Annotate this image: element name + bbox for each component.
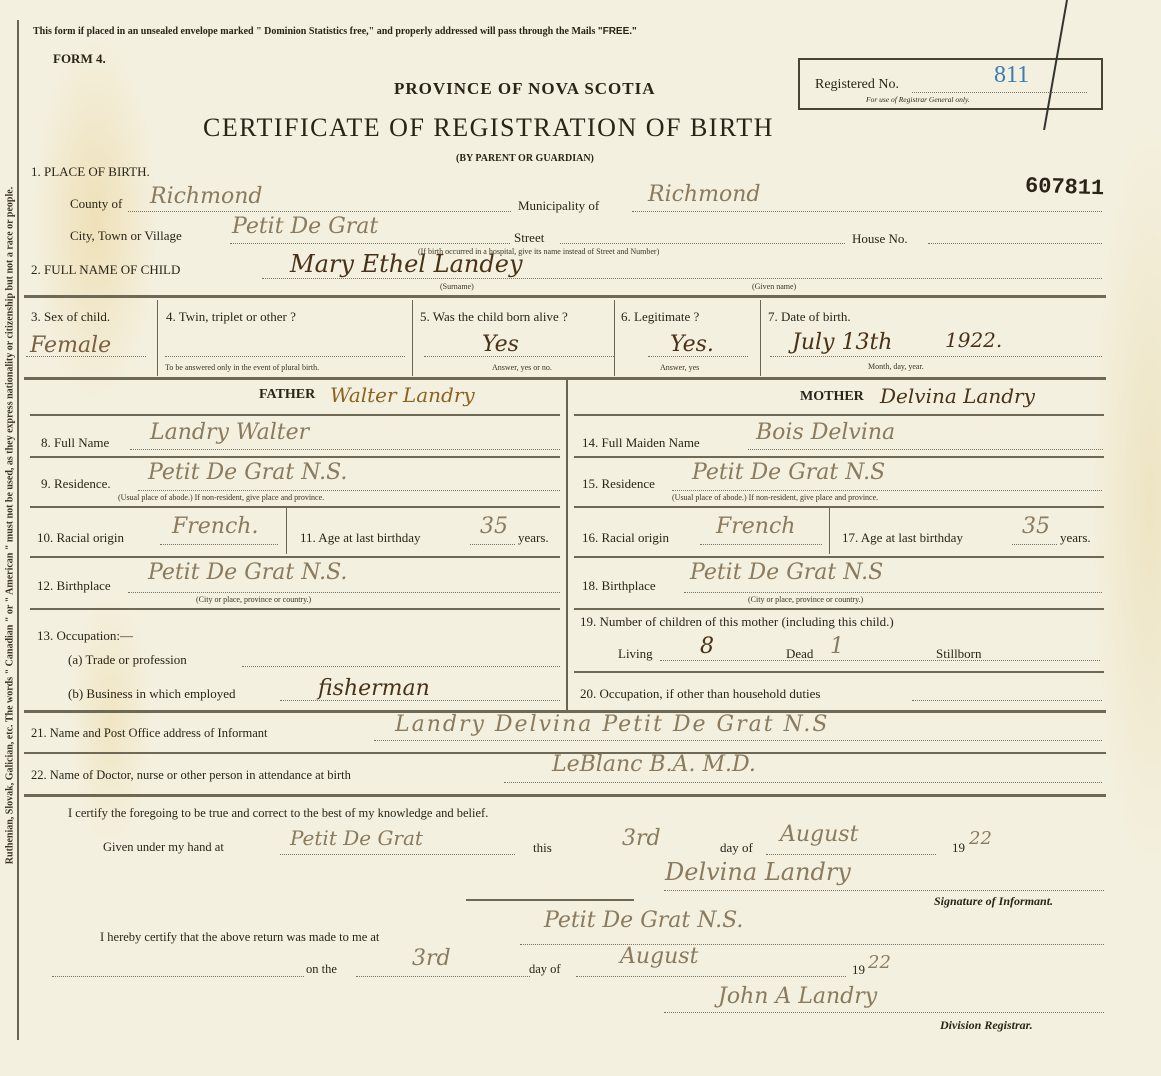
registered-label: Registered No. bbox=[815, 77, 899, 93]
mother-residence-label: 15. Residence bbox=[582, 476, 655, 492]
mailing-notice-text: This form if placed in an unsealed envel… bbox=[33, 26, 595, 37]
registrar-month-value[interactable]: August bbox=[620, 944, 698, 969]
father-heading-annotation: Walter Landry bbox=[330, 383, 475, 407]
municipality-value[interactable]: Richmond bbox=[648, 182, 760, 207]
given-place-value[interactable]: Petit De Grat bbox=[290, 826, 423, 850]
surname-note: (Surname) bbox=[440, 282, 474, 291]
alive-value[interactable]: Yes bbox=[482, 332, 519, 357]
registered-value: 811 bbox=[994, 62, 1029, 89]
informant-value[interactable]: Landry Delvina Petit De Grat N.S bbox=[395, 712, 830, 737]
legitimate-note: Answer, yes bbox=[660, 363, 699, 372]
registrar-day-of-label: day of bbox=[529, 962, 561, 977]
attendant-label: 22. Name of Doctor, nurse or other perso… bbox=[31, 768, 351, 783]
father-age-label: 11. Age at last birthday bbox=[300, 530, 420, 546]
mother-heading: MOTHER bbox=[800, 389, 864, 405]
dob-year[interactable]: 1922. bbox=[945, 328, 1002, 352]
mailing-notice-free: "FREE." bbox=[598, 26, 637, 37]
legitimate-value[interactable]: Yes. bbox=[670, 332, 714, 357]
informant-signature-label: Signature of Informant. bbox=[934, 894, 1053, 909]
father-racial-label: 10. Racial origin bbox=[37, 530, 124, 546]
informant-signature[interactable]: Delvina Landry bbox=[665, 858, 851, 886]
on-the-label: on the bbox=[306, 962, 337, 977]
father-birthplace-value[interactable]: Petit De Grat N.S. bbox=[148, 560, 347, 585]
cert-month-value[interactable]: August bbox=[780, 822, 858, 847]
divider bbox=[24, 295, 1106, 298]
mother-age-value[interactable]: 35 bbox=[1022, 514, 1050, 539]
county-label: County of bbox=[70, 196, 122, 212]
cert-day-value[interactable]: 3rd bbox=[622, 826, 661, 851]
dob-note: Month, day, year. bbox=[868, 362, 924, 371]
certificate-subtitle: (BY PARENT OR GUARDIAN) bbox=[456, 153, 594, 164]
registrar-year-prefix: 19 bbox=[852, 962, 865, 978]
county-value[interactable]: Richmond bbox=[150, 184, 262, 209]
divider bbox=[24, 377, 1106, 380]
city-label: City, Town or Village bbox=[70, 228, 182, 244]
father-birthplace-note: (City or place, province or country.) bbox=[196, 595, 311, 604]
dead-value[interactable]: 1 bbox=[830, 634, 844, 659]
father-residence-note: (Usual place of abode.) If non-resident,… bbox=[118, 493, 324, 502]
mother-racial-label: 16. Racial origin bbox=[582, 530, 669, 546]
dead-label: Dead bbox=[786, 646, 813, 662]
sex-label: 3. Sex of child. bbox=[31, 309, 110, 325]
father-residence-label: 9. Residence. bbox=[41, 476, 111, 492]
cert-year-prefix: 19 bbox=[952, 840, 965, 856]
dob-label: 7. Date of birth. bbox=[768, 309, 851, 325]
given-under-label: Given under my hand at bbox=[103, 840, 224, 855]
street-label: Street bbox=[514, 230, 544, 246]
registrar-place-value[interactable]: Petit De Grat N.S. bbox=[544, 908, 743, 933]
father-heading: FATHER bbox=[259, 387, 315, 403]
municipality-label: Municipality of bbox=[518, 198, 599, 214]
living-value[interactable]: 8 bbox=[700, 634, 714, 659]
mother-maiden-value[interactable]: Bois Delvina bbox=[756, 420, 895, 445]
father-age-value[interactable]: 35 bbox=[480, 514, 508, 539]
father-name-label: 8. Full Name bbox=[41, 435, 109, 451]
father-age-unit: years. bbox=[518, 530, 549, 546]
mother-occupation-label: 20. Occupation, if other than household … bbox=[580, 686, 820, 702]
certificate-title: CERTIFICATE OF REGISTRATION OF BIRTH bbox=[203, 113, 774, 143]
living-label: Living bbox=[618, 646, 653, 662]
twin-note: To be answered only in the event of plur… bbox=[165, 363, 319, 372]
house-label: House No. bbox=[852, 231, 908, 247]
province-title: PROVINCE OF NOVA SCOTIA bbox=[394, 79, 656, 99]
mother-heading-annotation: Delvina Landry bbox=[880, 384, 1035, 408]
alive-note: Answer, yes or no. bbox=[492, 363, 552, 372]
city-value[interactable]: Petit De Grat bbox=[232, 214, 378, 239]
father-racial-value[interactable]: French. bbox=[172, 514, 258, 539]
given-name-note: (Given name) bbox=[752, 282, 796, 291]
informant-label: 21. Name and Post Office address of Info… bbox=[31, 726, 268, 741]
registrar-day-value[interactable]: 3rd bbox=[412, 946, 451, 971]
trade-label: (a) Trade or profession bbox=[68, 652, 187, 668]
mother-birthplace-value[interactable]: Petit De Grat N.S bbox=[690, 560, 883, 585]
stillborn-label: Stillborn bbox=[936, 646, 982, 662]
mother-birthplace-label: 18. Birthplace bbox=[582, 578, 656, 594]
alive-label: 5. Was the child born alive ? bbox=[420, 309, 568, 325]
children-count-label: 19. Number of children of this mother (i… bbox=[580, 614, 894, 630]
mother-age-unit: years. bbox=[1060, 530, 1091, 546]
mother-racial-value[interactable]: French bbox=[716, 514, 795, 539]
father-birthplace-label: 12. Birthplace bbox=[37, 578, 111, 594]
short-divider bbox=[466, 899, 634, 901]
dob-value[interactable]: July 13th bbox=[792, 330, 892, 355]
child-name-label: 2. FULL NAME OF CHILD bbox=[31, 262, 180, 278]
registered-number-box: Registered No. 811 For use of Registrar … bbox=[798, 58, 1103, 110]
sex-value[interactable]: Female bbox=[30, 333, 111, 358]
twin-label: 4. Twin, triplet or other ? bbox=[166, 309, 296, 325]
father-residence-value[interactable]: Petit De Grat N.S. bbox=[148, 460, 347, 485]
registered-note: For use of Registrar General only. bbox=[866, 95, 970, 104]
occupation-label: 13. Occupation:— bbox=[37, 628, 133, 644]
left-border-line bbox=[17, 20, 19, 1040]
business-value[interactable]: fisherman bbox=[318, 676, 430, 701]
serial-number: 607811 bbox=[1025, 174, 1105, 202]
margin-note: Ruthenian, Slovak, Galician, etc. The wo… bbox=[5, 0, 16, 1056]
mother-maiden-label: 14. Full Maiden Name bbox=[582, 435, 700, 451]
cert-year-suffix[interactable]: 22 bbox=[969, 828, 992, 849]
certification-statement: I certify the foregoing to be true and c… bbox=[68, 806, 488, 821]
father-name-value[interactable]: Landry Walter bbox=[150, 420, 309, 445]
child-name-value[interactable]: Mary Ethel Landey bbox=[290, 250, 523, 278]
registrar-signature[interactable]: John A Landry bbox=[718, 984, 877, 1009]
registrar-statement: I hereby certify that the above return w… bbox=[100, 930, 379, 945]
place-of-birth-heading: 1. PLACE OF BIRTH. bbox=[31, 164, 150, 180]
business-label: (b) Business in which employed bbox=[68, 686, 236, 702]
this-label: this bbox=[533, 840, 552, 856]
legitimate-label: 6. Legitimate ? bbox=[621, 309, 699, 325]
mother-residence-note: (Usual place of abode.) If non-resident,… bbox=[672, 493, 878, 502]
mother-age-label: 17. Age at last birthday bbox=[842, 530, 963, 546]
mother-residence-value[interactable]: Petit De Grat N.S bbox=[692, 460, 885, 485]
form-number: FORM 4. bbox=[53, 51, 106, 67]
day-of-label: day of bbox=[720, 840, 753, 856]
mailing-notice: This form if placed in an unsealed envel… bbox=[33, 26, 637, 37]
mother-birthplace-note: (City or place, province or country.) bbox=[748, 595, 863, 604]
registrar-signature-label: Division Registrar. bbox=[940, 1018, 1033, 1033]
registrar-year-suffix[interactable]: 22 bbox=[868, 952, 891, 973]
attendant-value[interactable]: LeBlanc B.A. M.D. bbox=[552, 752, 756, 777]
certificate-page: Ruthenian, Slovak, Galician, etc. The wo… bbox=[0, 0, 1161, 1076]
